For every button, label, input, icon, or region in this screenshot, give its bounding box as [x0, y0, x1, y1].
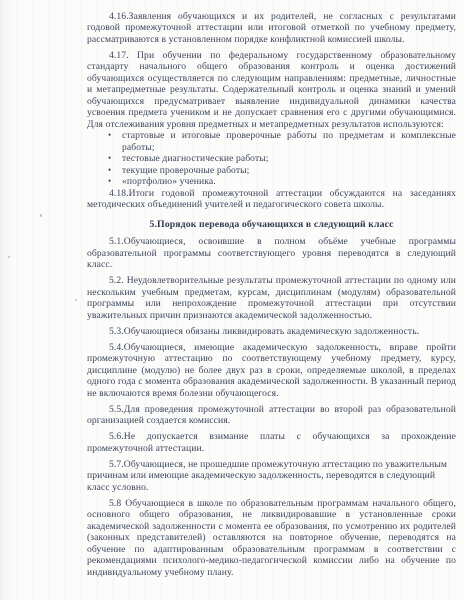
- paragraph: 5.6.Не допускается взимание платы с обуч…: [87, 431, 456, 454]
- scan-speck: [75, 299, 77, 301]
- paragraph: 5.7.Обучающиеся, не прошедшие промежуточ…: [87, 459, 456, 494]
- paragraph: 5.4.Обучающиеся, имеющие академическую з…: [87, 342, 456, 400]
- bullet-item: тестовые диагностические работы;: [122, 153, 456, 165]
- scan-speck: [8, 256, 10, 258]
- bullet-item: «портфолио» ученика.: [122, 176, 456, 188]
- paragraph: 5.2. Неудовлетворительные результаты про…: [87, 275, 456, 321]
- document-text-block: 4.16.Заявления обучающихся и их родителе…: [87, 6, 456, 578]
- paragraph: 5.5.Для проведения промежуточной аттеста…: [87, 404, 456, 427]
- bullet-item: стартовые и итоговые проверочные работы …: [122, 130, 456, 153]
- bullet-item: текущие проверочные работы;: [122, 165, 456, 177]
- scan-speck: [40, 214, 42, 217]
- paragraph: 4.16.Заявления обучающихся и их родителе…: [87, 11, 456, 46]
- paragraph: 5.1.Обучающиеся, освоившие в полном объё…: [87, 236, 456, 271]
- section-heading: 5.Порядок перевода обучающихся в следующ…: [87, 219, 456, 231]
- paragraph: 5.3.Обучающиеся обязаны ликвидировать ак…: [87, 326, 456, 338]
- paragraph: 4.18.Итоги годовой промежуточной аттеста…: [87, 188, 456, 211]
- document-page: 4.16.Заявления обучающихся и их родителе…: [0, 0, 463, 600]
- paragraph: 4.17. При обучении по федеральному госуд…: [87, 50, 456, 131]
- paragraph: 5.8 Обучающиеся в школе по образовательн…: [87, 498, 456, 579]
- bullet-list: стартовые и итоговые проверочные работы …: [87, 130, 456, 188]
